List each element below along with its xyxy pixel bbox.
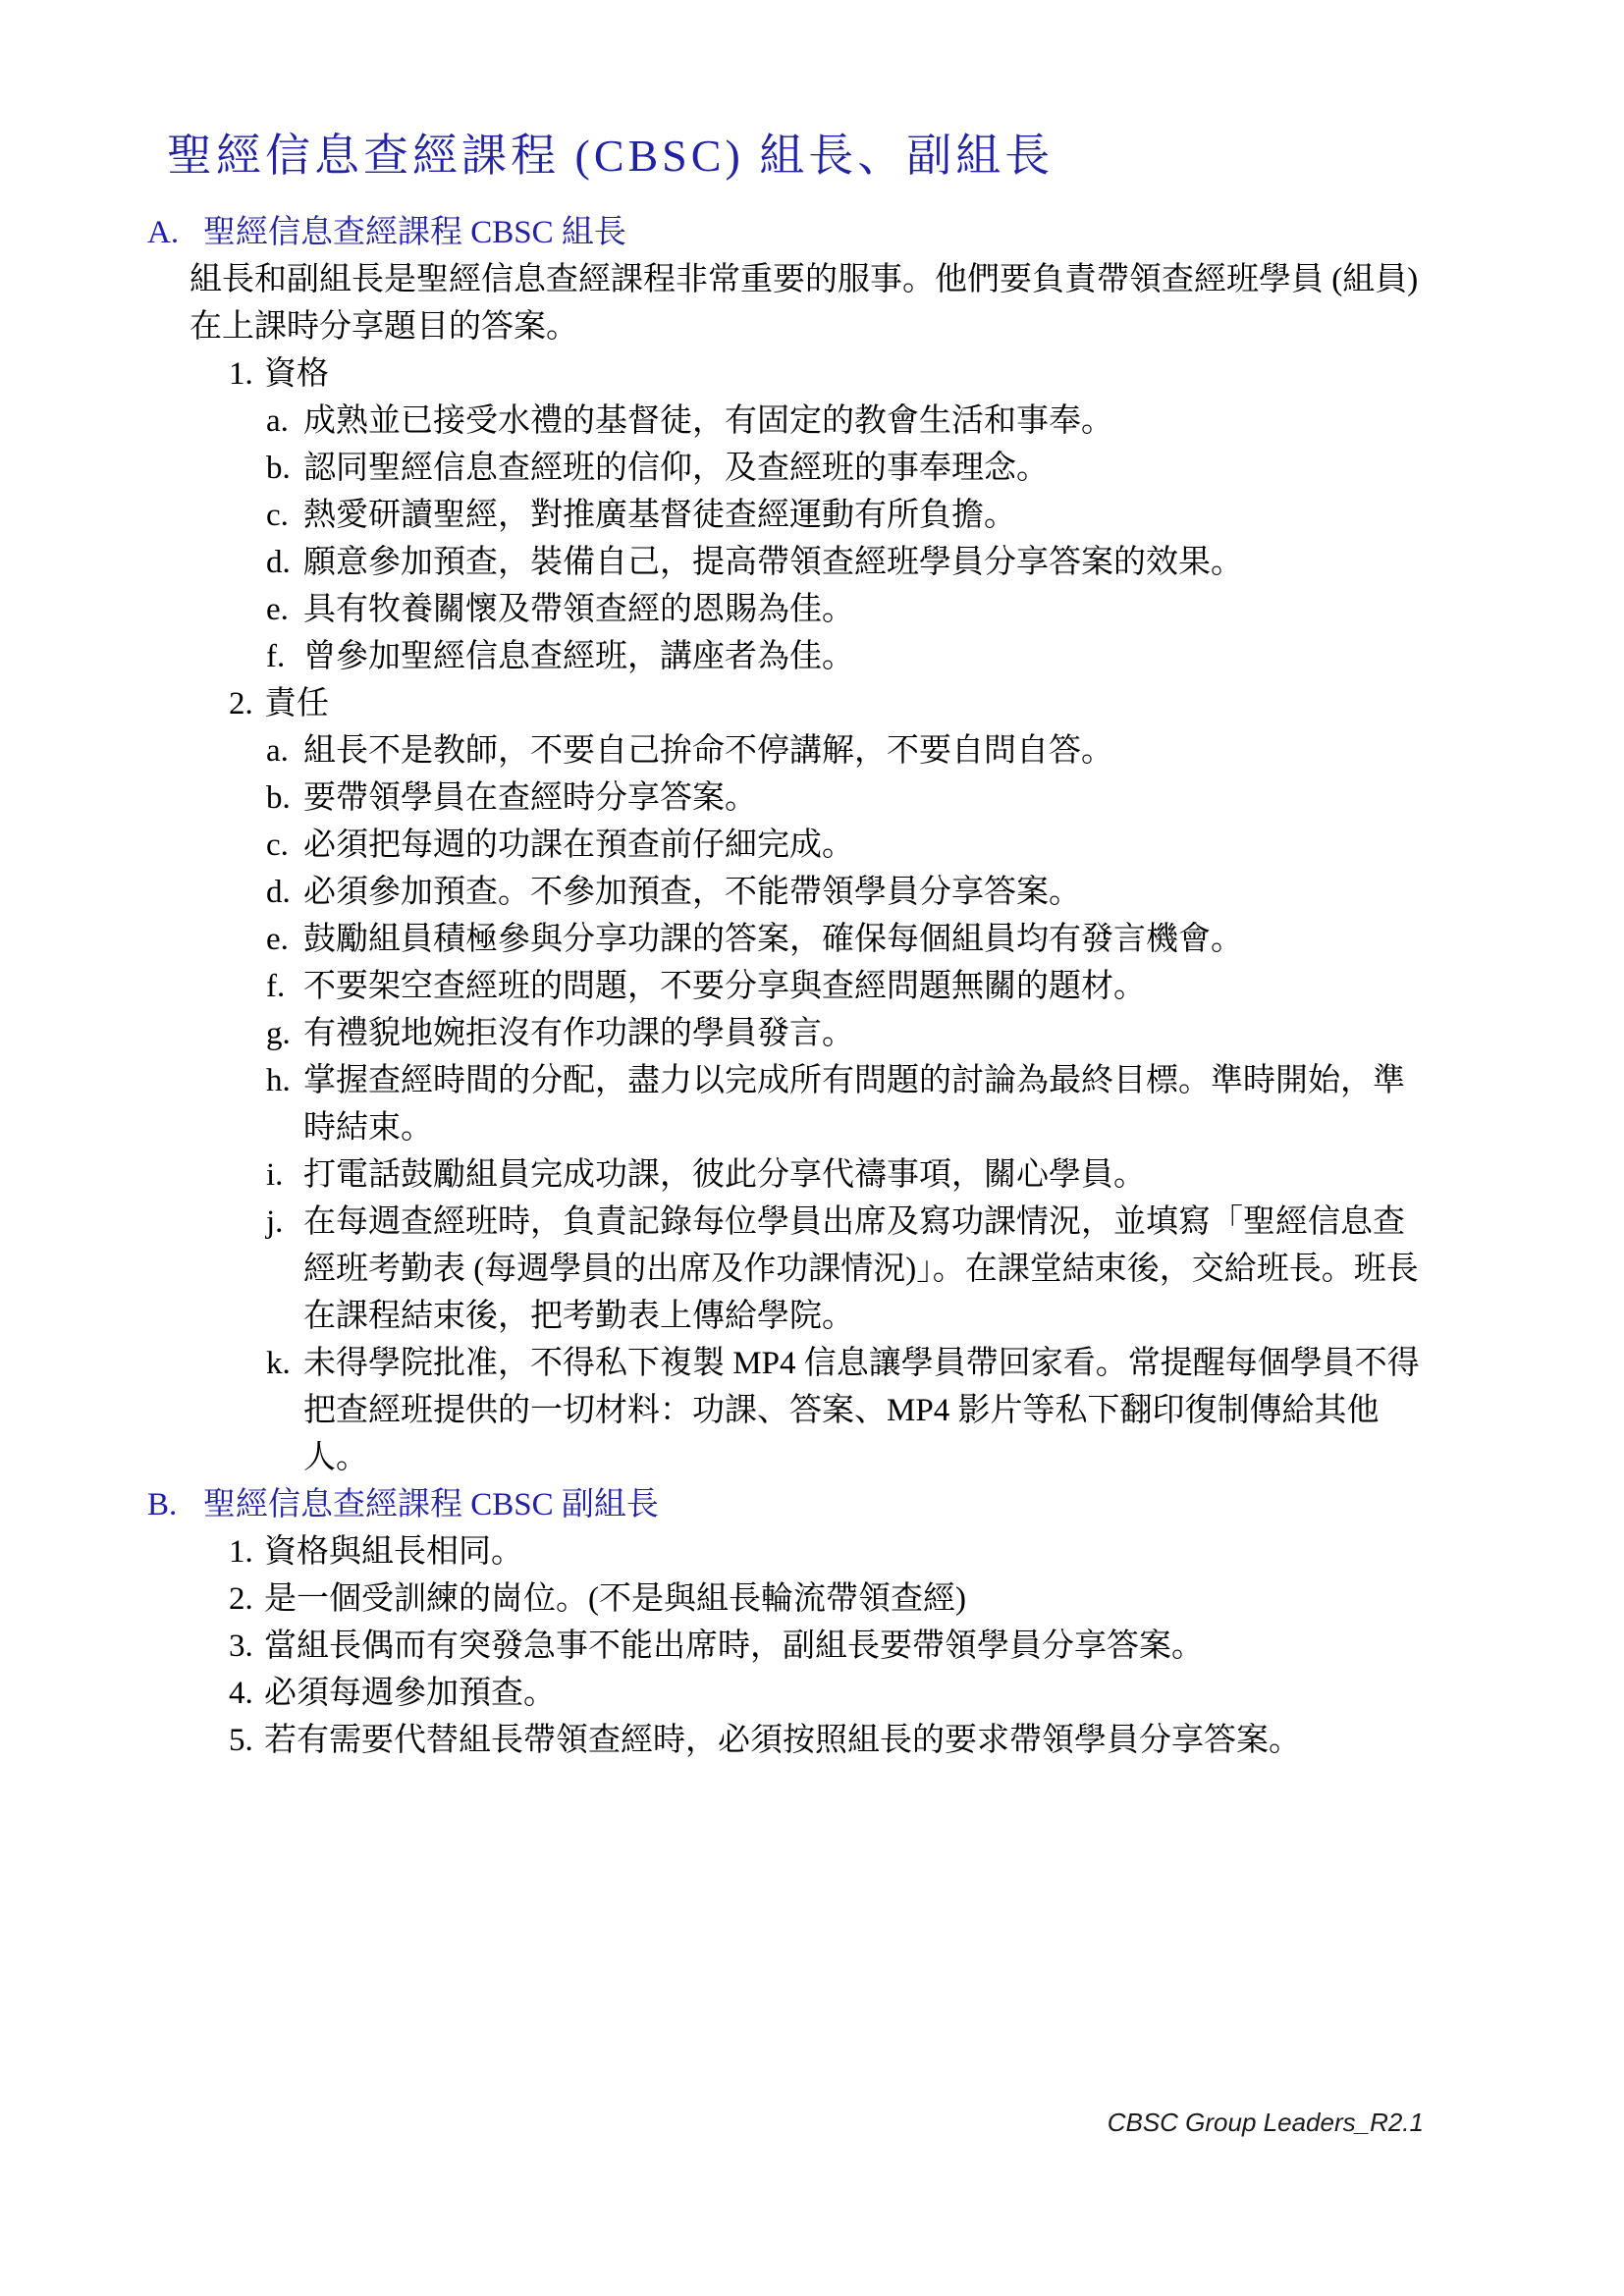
numbered-item: 1. 資格 xyxy=(229,350,1432,398)
list-marker: e. xyxy=(266,916,303,963)
list-item-title: 責任 xyxy=(264,680,329,727)
list-marker: c. xyxy=(266,492,303,539)
list-marker: c. xyxy=(266,822,303,869)
list-item-text: 具有牧養關懷及帶領查經的恩賜為佳。 xyxy=(303,586,854,633)
list-marker: j. xyxy=(266,1199,303,1246)
list-marker: b. xyxy=(266,445,303,492)
list-item-text: 必須參加預查。不參加預查，不能帶領學員分享答案。 xyxy=(303,869,1081,916)
list-item: e. 鼓勵組員積極參與分享功課的答案，確保每個組員均有發言機會。 xyxy=(266,916,1432,963)
list-item-text: 認同聖經信息查經班的信仰，及查經班的事奉理念。 xyxy=(303,445,1049,492)
list-item-text: 必須把每週的功課在預查前仔細完成。 xyxy=(303,822,854,869)
list-marker: 2. xyxy=(229,680,264,727)
numbered-item: 2. 責任 xyxy=(229,680,1432,727)
list-item: 3. 當組長偶而有突發急事不能出席時，副組長要帶領學員分享答案。 xyxy=(229,1623,1432,1670)
list-item-text: 成熟並已接受水禮的基督徒，有固定的教會生活和事奉。 xyxy=(303,398,1113,445)
list-item-text: 掌握查經時間的分配，盡力以完成所有問題的討論為最終目標。準時開始，準時結束。 xyxy=(303,1057,1432,1151)
list-item-text: 不要架空查經班的問題，不要分享與查經問題無關的題材。 xyxy=(303,963,1146,1010)
list-item: f. 不要架空查經班的問題，不要分享與查經問題無關的題材。 xyxy=(266,963,1432,1010)
list-item-text: 組長不是教師，不要自己拚命不停講解，不要自問自答。 xyxy=(303,727,1113,774)
document-title: 聖經信息查經課程 (CBSC) 組長、副組長 xyxy=(167,129,1432,184)
list-item-text: 必須每週參加預查。 xyxy=(264,1670,556,1717)
list-item: 2. 是一個受訓練的崗位。(不是與組長輪流帶領查經) xyxy=(229,1575,1432,1623)
list-item-text: 願意參加預查，裝備自己，提高帶領查經班學員分享答案的效果。 xyxy=(303,539,1243,586)
section-heading-text: 聖經信息查經課程 CBSC 組長 xyxy=(203,209,626,256)
list-marker: 3. xyxy=(229,1623,264,1670)
list-item-text: 打電話鼓勵組員完成功課，彼此分享代禱事項，關心學員。 xyxy=(303,1151,1146,1199)
list-item-text: 若有需要代替組長帶領查經時，必須按照組長的要求帶領學員分享答案。 xyxy=(264,1717,1301,1764)
list-item: a. 成熟並已接受水禮的基督徒，有固定的教會生活和事奉。 xyxy=(266,398,1432,445)
list-item: d. 願意參加預查，裝備自己，提高帶領查經班學員分享答案的效果。 xyxy=(266,539,1432,586)
section-heading-text: 聖經信息查經課程 CBSC 副組長 xyxy=(203,1481,659,1528)
list-marker: d. xyxy=(266,869,303,916)
list-item-text: 熱愛研讀聖經，對推廣基督徒查經運動有所負擔。 xyxy=(303,492,1016,539)
list-item-text: 有禮貌地婉拒沒有作功課的學員發言。 xyxy=(303,1010,854,1057)
list-item: j. 在每週查經班時，負責記錄每位學員出席及寫功課情況，並填寫「聖經信息查經班考… xyxy=(266,1199,1432,1340)
list-marker: b. xyxy=(266,774,303,822)
list-item-text: 當組長偶而有突發急事不能出席時，副組長要帶領學員分享答案。 xyxy=(264,1623,1204,1670)
list-marker: e. xyxy=(266,586,303,633)
list-item: i. 打電話鼓勵組員完成功課，彼此分享代禱事項，關心學員。 xyxy=(266,1151,1432,1199)
list-item: h. 掌握查經時間的分配，盡力以完成所有問題的討論為最終目標。準時開始，準時結束… xyxy=(266,1057,1432,1151)
list-marker: 5. xyxy=(229,1717,264,1764)
list-marker: 1. xyxy=(229,1528,264,1575)
list-item: k. 未得學院批准，不得私下複製 MP4 信息讓學員帶回家看。常提醒每個學員不得… xyxy=(266,1340,1432,1481)
list-marker: 4. xyxy=(229,1670,264,1717)
list-marker: f. xyxy=(266,963,303,1010)
list-marker: k. xyxy=(266,1340,303,1387)
list-item: f. 曾參加聖經信息查經班，講座者為佳。 xyxy=(266,633,1432,680)
list-item-text: 曾參加聖經信息查經班，講座者為佳。 xyxy=(303,633,854,680)
section-a-heading: A. 聖經信息查經課程 CBSC 組長 xyxy=(147,209,1432,256)
list-item-text: 未得學院批准，不得私下複製 MP4 信息讓學員帶回家看。常提醒每個學員不得把查經… xyxy=(303,1340,1432,1481)
document-footer: CBSC Group Leaders_R2.1 xyxy=(0,2107,1424,2138)
list-item: d. 必須參加預查。不參加預查，不能帶領學員分享答案。 xyxy=(266,869,1432,916)
list-item: b. 認同聖經信息查經班的信仰，及查經班的事奉理念。 xyxy=(266,445,1432,492)
list-item: c. 必須把每週的功課在預查前仔細完成。 xyxy=(266,822,1432,869)
document-page: 聖經信息查經課程 (CBSC) 組長、副組長 A. 聖經信息查經課程 CBSC … xyxy=(0,0,1624,2296)
list-item: b. 要帶領學員在查經時分享答案。 xyxy=(266,774,1432,822)
list-item-text: 要帶領學員在查經時分享答案。 xyxy=(303,774,757,822)
list-item-text: 鼓勵組員積極參與分享功課的答案，確保每個組員均有發言機會。 xyxy=(303,916,1243,963)
list-marker: d. xyxy=(266,539,303,586)
list-item: e. 具有牧養關懷及帶領查經的恩賜為佳。 xyxy=(266,586,1432,633)
list-item: 1. 資格與組長相同。 xyxy=(229,1528,1432,1575)
list-marker: h. xyxy=(266,1057,303,1104)
section-a-intro: 組長和副組長是聖經信息查經課程非常重要的服事。他們要負責帶領查經班學員 (組員)… xyxy=(189,256,1432,350)
list-item: 4. 必須每週參加預查。 xyxy=(229,1670,1432,1717)
section-marker: A. xyxy=(147,209,203,256)
list-item-text: 是一個受訓練的崗位。(不是與組長輪流帶領查經) xyxy=(264,1575,966,1623)
list-item: a. 組長不是教師，不要自己拚命不停講解，不要自問自答。 xyxy=(266,727,1432,774)
list-item-text: 在每週查經班時，負責記錄每位學員出席及寫功課情況，並填寫「聖經信息查經班考勤表 … xyxy=(303,1199,1432,1340)
list-marker: f. xyxy=(266,633,303,680)
list-marker: g. xyxy=(266,1010,303,1057)
list-item: g. 有禮貌地婉拒沒有作功課的學員發言。 xyxy=(266,1010,1432,1057)
list-marker: a. xyxy=(266,727,303,774)
list-marker: i. xyxy=(266,1151,303,1199)
section-marker: B. xyxy=(147,1481,203,1528)
list-item: 5. 若有需要代替組長帶領查經時，必須按照組長的要求帶領學員分享答案。 xyxy=(229,1717,1432,1764)
list-marker: 1. xyxy=(229,350,264,398)
list-item: c. 熱愛研讀聖經，對推廣基督徒查經運動有所負擔。 xyxy=(266,492,1432,539)
list-marker: 2. xyxy=(229,1575,264,1623)
section-b-heading: B. 聖經信息查經課程 CBSC 副組長 xyxy=(147,1481,1432,1528)
list-item-text: 資格與組長相同。 xyxy=(264,1528,523,1575)
list-marker: a. xyxy=(266,398,303,445)
list-item-title: 資格 xyxy=(264,350,329,398)
